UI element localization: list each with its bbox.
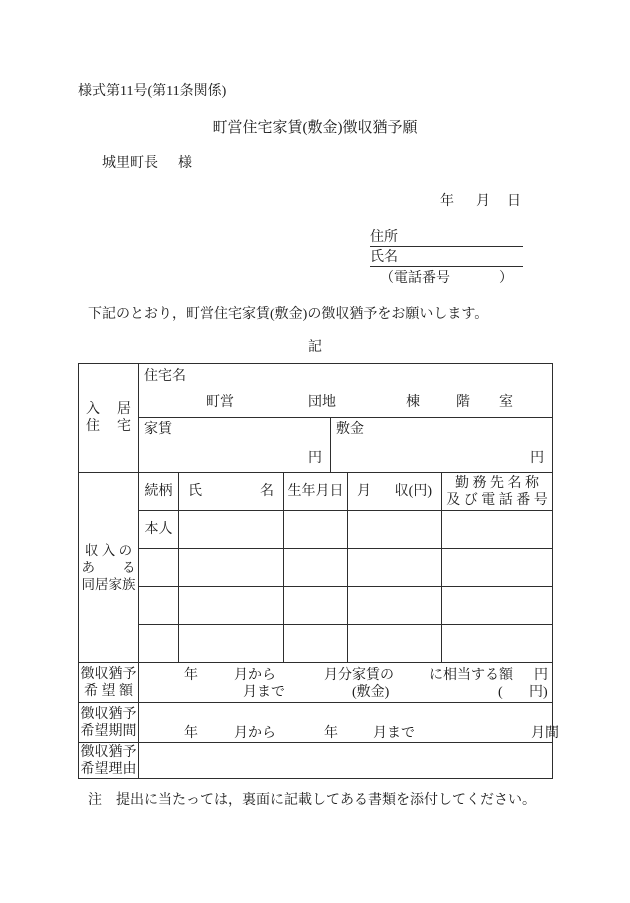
empty-cell — [348, 549, 442, 587]
empty-cell — [179, 587, 284, 625]
deferral-period-content: 年 月から 年 月まで 月間 — [139, 703, 553, 743]
deferral-amount-label: 徴収猶予 希 望 額 — [79, 663, 139, 703]
page-title: 町営住宅家賃(敷金)徴収猶予願 — [0, 116, 630, 137]
date-year-label: 年 — [440, 190, 454, 210]
amount-from-month-label: 月から — [234, 667, 276, 684]
residence-label-char: 入 — [86, 401, 100, 418]
col-header-income: 月収(円) — [348, 473, 442, 511]
housing-shitsu-label: 室 — [499, 394, 513, 411]
amount-to-month-label: 月まで — [243, 684, 285, 701]
name-field: 氏名 — [370, 249, 523, 267]
empty-cell — [284, 587, 348, 625]
addressee-line: 城里町長様 — [102, 152, 192, 172]
amount-equivalent-label: に相当する額 — [429, 667, 513, 684]
addressee-name: 城里町長 — [102, 156, 158, 171]
name-label: 氏名 — [370, 250, 398, 265]
empty-cell — [179, 625, 284, 663]
col-header-name: 氏名 — [179, 473, 284, 511]
period-to-month-label: 月まで — [373, 725, 415, 742]
deferral-reason-content — [139, 743, 553, 779]
intro-text: 下記のとおり，町営住宅家賃(敷金)の徴収猶予をお願いします。 — [88, 303, 488, 323]
family-label-line: あ る — [79, 559, 138, 576]
form-page: 様式第11号(第11条関係) 町営住宅家賃(敷金)徴収猶予願 城里町長様 年 月… — [0, 0, 630, 903]
empty-cell — [284, 549, 348, 587]
family-header-row: 収 入 の あ る 同居家族 続柄 氏名 生年月日 月収(円) 勤 務 先 名 … — [79, 473, 553, 511]
amount-yen-label: 円 — [534, 667, 548, 684]
rent-cell: 家賃 円 — [139, 418, 331, 473]
housing-name-row: 入居 住宅 住宅名 町営 団地 棟 階 室 — [79, 364, 553, 418]
deferral-period-label: 徴収猶予 希望期間 — [79, 703, 139, 743]
housing-chouei-label: 町営 — [206, 394, 234, 411]
col-header-birth: 生年月日 — [284, 473, 348, 511]
family-label-line: 収 入 の — [79, 542, 138, 559]
empty-cell — [348, 587, 442, 625]
housing-danchi-label: 団地 — [308, 394, 336, 411]
address-field: 住所 — [370, 229, 523, 247]
empty-cell — [442, 511, 553, 549]
deferral-amount-content: 年 月から 月分家賃の に相当する額 円 月まで (敷金) ( 円) — [139, 663, 553, 703]
housing-tou-label: 棟 — [406, 394, 420, 411]
deferral-amount-row: 徴収猶予 希 望 額 年 月から 月分家賃の に相当する額 円 月まで (敷金)… — [79, 663, 553, 703]
rent-deposit-row: 家賃 円 敷金 円 — [79, 418, 553, 473]
deferral-period-row: 徴収猶予 希望期間 年 月から 年 月まで 月間 — [79, 703, 553, 743]
empty-cell — [442, 587, 553, 625]
phone-label: （電話番号 — [380, 267, 450, 287]
empty-cell — [284, 625, 348, 663]
rent-label: 家賃 — [144, 421, 172, 438]
deferral-reason-label: 徴収猶予 希望理由 — [79, 743, 139, 779]
family-label-line: 同居家族 — [79, 576, 138, 593]
family-row-self: 本人 — [79, 511, 553, 549]
family-label-cell: 収 入 の あ る 同居家族 — [79, 473, 139, 663]
self-label-cell: 本人 — [139, 511, 179, 549]
empty-cell — [348, 511, 442, 549]
amount-open-paren: ( — [498, 684, 503, 701]
form-number: 様式第11号(第11条関係) — [78, 80, 226, 100]
residence-label-cell: 入居 住宅 — [79, 364, 139, 473]
deferral-reason-row: 徴収猶予 希望理由 — [79, 743, 553, 779]
housing-name-cell: 住宅名 町営 団地 棟 階 室 — [139, 364, 553, 418]
deposit-label: 敷金 — [336, 421, 364, 438]
housing-name-label: 住宅名 — [144, 368, 186, 385]
ki-heading: 記 — [0, 336, 630, 356]
period-year-to-label: 年 — [324, 725, 338, 742]
amount-rent-of-label: 月分家賃の — [324, 667, 394, 684]
rent-unit-label: 円 — [308, 450, 322, 467]
phone-close-paren: ） — [499, 267, 513, 287]
col-header-workplace: 勤 務 先 名 称 及 び 電 話 番 号 — [442, 473, 553, 511]
family-row-empty — [79, 625, 553, 663]
amount-yen-close-label: 円) — [529, 684, 548, 701]
phone-field: （電話番号 ） — [380, 267, 513, 287]
note-text: 注 提出に当たっては，裏面に記載してある書類を添付してください。 — [88, 789, 536, 809]
housing-kai-label: 階 — [456, 394, 470, 411]
deposit-unit-label: 円 — [530, 450, 544, 467]
amount-deposit-label: (敷金) — [352, 684, 389, 701]
period-year-from-label: 年 — [184, 725, 198, 742]
empty-cell — [442, 549, 553, 587]
empty-cell — [284, 511, 348, 549]
empty-cell — [348, 625, 442, 663]
residence-label-char: 居 — [117, 401, 131, 418]
empty-cell — [179, 549, 284, 587]
empty-cell — [139, 587, 179, 625]
family-row-empty — [79, 549, 553, 587]
empty-cell — [179, 511, 284, 549]
residence-label-char: 住 — [86, 418, 100, 435]
address-label: 住所 — [370, 230, 398, 245]
date-day-label: 日 — [507, 190, 521, 210]
col-header-relation: 続柄 — [139, 473, 179, 511]
amount-year-label: 年 — [184, 667, 198, 684]
date-month-label: 月 — [476, 190, 490, 210]
family-row-empty — [79, 587, 553, 625]
application-table: 入居 住宅 住宅名 町営 団地 棟 階 室 家賃 円 敷金 円 — [78, 363, 553, 779]
honorific-label: 様 — [178, 156, 192, 171]
empty-cell — [139, 549, 179, 587]
residence-label-char: 宅 — [117, 418, 131, 435]
deposit-cell: 敷金 円 — [331, 418, 553, 473]
empty-cell — [442, 625, 553, 663]
period-months-label: 月間 — [531, 725, 559, 742]
period-from-month-label: 月から — [234, 725, 276, 742]
empty-cell — [139, 625, 179, 663]
